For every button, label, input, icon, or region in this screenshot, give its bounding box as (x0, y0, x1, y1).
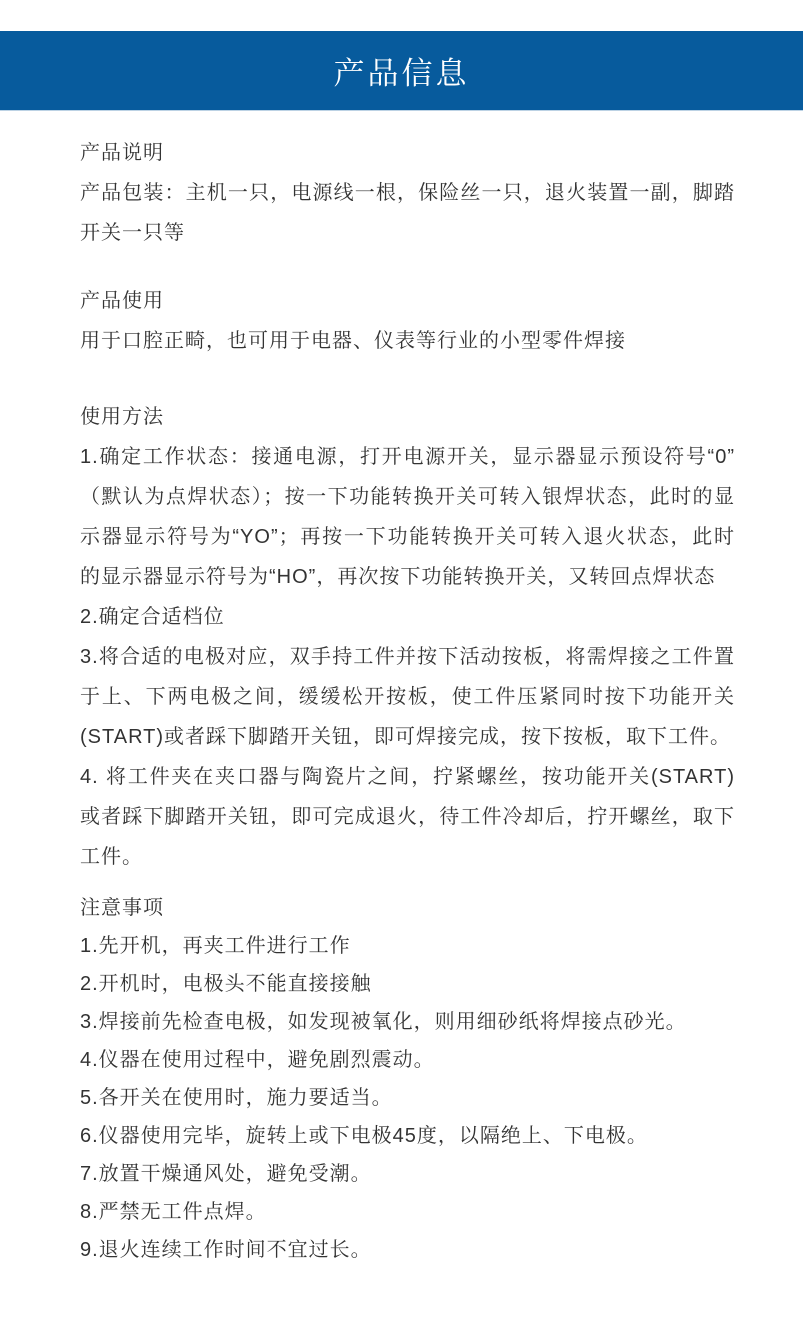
section-heading: 使用方法 (80, 397, 735, 437)
section-paragraph: 产品包装：主机一只，电源线一根，保险丝一只，退火装置一副，脚踏开关一只等 (80, 173, 735, 253)
section-precautions: 注意事项 1.先开机，再夹工件进行工作 2.开机时，电极头不能直接接触 3.焊接… (80, 889, 735, 1269)
header-banner: 产品信息 (0, 31, 803, 111)
section-paragraph: 用于口腔正畸，也可用于电器、仪表等行业的小型零件焊接 (80, 321, 735, 361)
section-heading: 产品说明 (80, 133, 735, 173)
section-heading: 注意事项 (80, 889, 735, 927)
precaution-item: 9.退火连续工作时间不宜过长。 (80, 1231, 735, 1269)
usage-step: 1.确定工作状态：接通电源，打开电源开关，显示器显示预设符号“0”（默认为点焊状… (80, 437, 735, 597)
precaution-item: 1.先开机，再夹工件进行工作 (80, 927, 735, 965)
precaution-item: 8.严禁无工件点焊。 (80, 1193, 735, 1231)
content-area: 产品说明 产品包装：主机一只，电源线一根，保险丝一只，退火装置一副，脚踏开关一只… (0, 111, 803, 1269)
precaution-item: 3.焊接前先检查电极，如发现被氧化，则用细砂纸将焊接点砂光。 (80, 1003, 735, 1041)
usage-step: 3.将合适的电极对应，双手持工件并按下活动按板，将需焊接之工件置于上、下两电极之… (80, 637, 735, 757)
precaution-item: 6.仪器使用完毕，旋转上或下电极45度，以隔绝上、下电极。 (80, 1117, 735, 1155)
section-usage-method: 使用方法 1.确定工作状态：接通电源，打开电源开关，显示器显示预设符号“0”（默… (80, 397, 735, 877)
usage-step: 2.确定合适档位 (80, 597, 735, 637)
precaution-item: 2.开机时，电极头不能直接接触 (80, 965, 735, 1003)
page-title: 产品信息 (334, 48, 470, 93)
precaution-item: 4.仪器在使用过程中，避免剧烈震动。 (80, 1041, 735, 1079)
section-heading: 产品使用 (80, 281, 735, 321)
precaution-item: 5.各开关在使用时，施力要适当。 (80, 1079, 735, 1117)
precaution-item: 7.放置干燥通风处，避免受潮。 (80, 1155, 735, 1193)
product-info-page: 产品信息 产品说明 产品包装：主机一只，电源线一根，保险丝一只，退火装置一副，脚… (0, 0, 803, 1325)
usage-step: 4. 将工件夹在夹口器与陶瓷片之间，拧紧螺丝，按功能开关(START) 或者踩下… (80, 757, 735, 877)
section-product-use: 产品使用 用于口腔正畸，也可用于电器、仪表等行业的小型零件焊接 (80, 281, 735, 361)
section-product-description: 产品说明 产品包装：主机一只，电源线一根，保险丝一只，退火装置一副，脚踏开关一只… (80, 133, 735, 253)
